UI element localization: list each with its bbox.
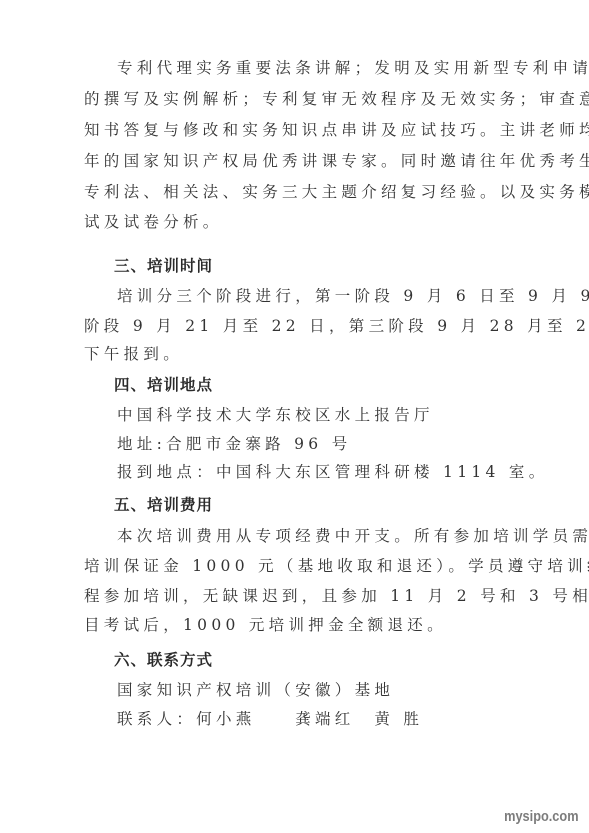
- paragraph-line: 培训保证金 1000 元（基地收取和退还）。学员遵守培训纪律，全: [84, 551, 526, 581]
- paragraph-line: 阶段 9 月 21 月至 22 日，第三阶段 9 月 28 月至 29 日，9 …: [84, 311, 526, 341]
- contact-organization: 国家知识产权培训（安徽）基地: [117, 675, 526, 705]
- section-heading-training-fees: 五、培训费用: [114, 490, 213, 520]
- paragraph-line: 专利代理实务重要法条讲解；发明及实用新型专利申请文件: [117, 53, 526, 83]
- paragraph-line: 下午报到。: [84, 339, 526, 369]
- paragraph-line: 知书答复与修改和实务知识点串讲及应试技巧。主讲老师均为往: [84, 115, 526, 145]
- paragraph-line: 年的国家知识产权局优秀讲课专家。同时邀请往年优秀考生围绕: [84, 146, 526, 176]
- paragraph-line: 目考试后，1000 元培训押金全额退还。: [84, 610, 526, 640]
- location-name: 中国科学技术大学东校区水上报告厅: [117, 400, 526, 430]
- paragraph-line: 试及试卷分析。: [84, 207, 526, 237]
- paragraph-line: 本次培训费用从专项经费中开支。所有参加培训学员需预缴: [117, 521, 526, 551]
- section-heading-contact: 六、联系方式: [114, 645, 213, 675]
- section-heading-training-location: 四、培训地点: [114, 370, 213, 400]
- document-page: 专利代理实务重要法条讲解；发明及实用新型专利申请文件 的撰写及实例解析；专利复审…: [0, 0, 589, 833]
- paragraph-line: 的撰写及实例解析；专利复审无效程序及无效实务；审查意见通: [84, 84, 526, 114]
- paragraph-line: 专利法、相关法、实务三大主题介绍复习经验。以及实务模拟考: [84, 177, 526, 207]
- contact-persons: 联系人：何小燕 龚端红 黄 胜: [117, 704, 526, 734]
- location-address: 地址:合肥市金寨路 96 号: [117, 429, 526, 459]
- paragraph-line: 程参加培训，无缺课迟到，且参加 11 月 2 号和 3 号相应报名科: [84, 581, 526, 611]
- registration-location: 报到地点：中国科大东区管理科研楼 1114 室。: [117, 457, 526, 487]
- watermark: mysipo.com: [505, 808, 579, 825]
- section-heading-training-time: 三、培训时间: [114, 251, 213, 281]
- paragraph-line: 培训分三个阶段进行，第一阶段 9 月 6 日至 9 月 9 日,第二: [117, 281, 526, 311]
